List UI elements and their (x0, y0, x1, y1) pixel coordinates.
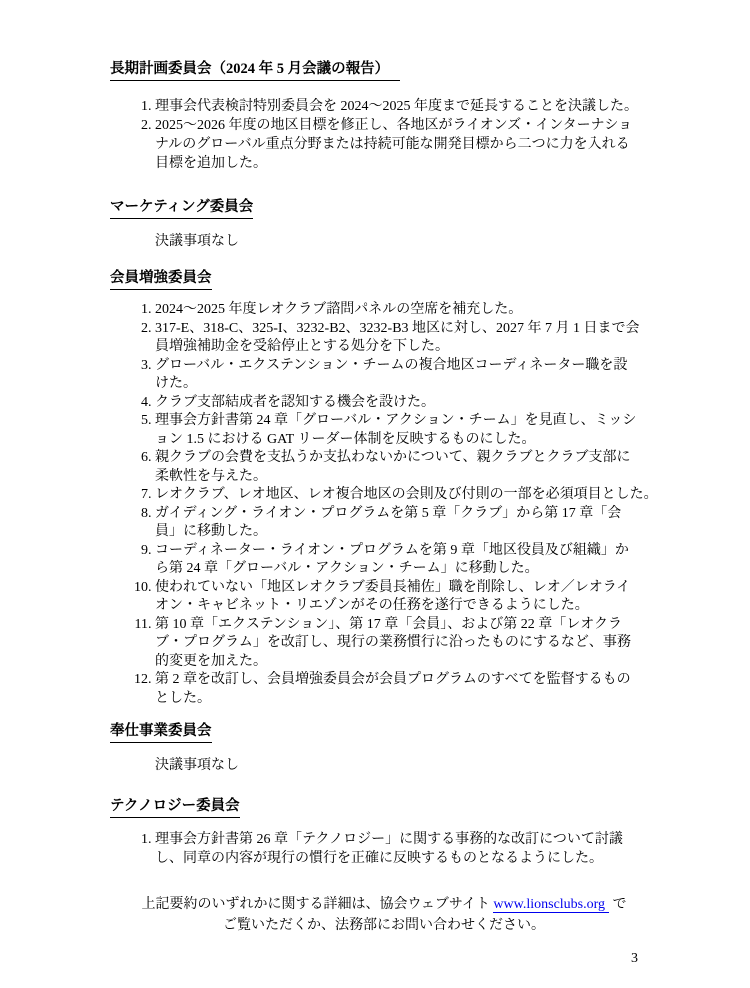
resolution-item: 2025～2026 年度の地区目標を修正し、各地区がライオンズ・インターナショ … (155, 116, 658, 173)
resolution-item: ガイディング・ライオン・プログラムを第 5 章「クラブ」から第 17 章「会 員… (155, 505, 658, 542)
resolution-item: 理事会代表検討特別委員会を 2024～2025 年度まで延長することを決議した。 (155, 97, 658, 116)
heading-text: 奉仕事業委員会 (110, 722, 212, 743)
resolution-item: 理事会方針書第 26 章「テクノロジー」に関する事務的な改訂について討議 し、同… (155, 830, 658, 868)
resolution-item: 親クラブの会費を支払うか支払わないかについて、親クラブとクラブ支部に 柔軟性を与… (155, 449, 658, 486)
resolution-item: グローバル・エクステンション・チームの複合地区コーディネーター職を設 けた。 (155, 357, 658, 394)
footer-text-line2: ご覧いただくか、法務部にお問い合わせください。 (223, 918, 545, 933)
no-resolutions-note: 決議事項なし (155, 756, 658, 775)
resolution-item: レオクラブ、レオ地区、レオ複合地区の会則及び付則の一部を必須項目とした。 (155, 486, 658, 505)
section-long-range-planning: 長期計画委員会（2024 年 5 月会議の報告） 理事会代表検討特別委員会を 2… (110, 60, 658, 173)
section-heading-long-range-planning: 長期計画委員会（2024 年 5 月会議の報告） (110, 60, 658, 81)
document-page: 長期計画委員会（2024 年 5 月会議の報告） 理事会代表検討特別委員会を 2… (0, 0, 750, 988)
section-heading-service-activities: 奉仕事業委員会 (110, 722, 658, 743)
section-marketing: マーケティング委員会 決議事項なし (110, 198, 658, 251)
page-number: 3 (110, 949, 658, 968)
resolution-item: 317-E、318-C、325-I、3232-B2、3232-B3 地区に対し、… (155, 320, 658, 357)
resolution-list-long-range-planning: 理事会代表検討特別委員会を 2024～2025 年度まで延長することを決議した。… (110, 97, 658, 173)
heading-text: 長期計画委員会（2024 年 5 月会議の報告） (110, 60, 400, 81)
section-technology: テクノロジー委員会 理事会方針書第 26 章「テクノロジー」に関する事務的な改訂… (110, 797, 658, 868)
resolution-list-technology: 理事会方針書第 26 章「テクノロジー」に関する事務的な改訂について討議 し、同… (110, 830, 658, 868)
section-membership: 会員増強委員会 2024～2025 年度レオクラブ諮問パネルの空席を補充した。 … (110, 269, 658, 708)
footer-text-before-link: 上記要約のいずれかに関する詳細は、協会ウェブサイト (141, 897, 493, 912)
resolution-item: 2024～2025 年度レオクラブ諮問パネルの空席を補充した。 (155, 301, 658, 320)
footer-contact-note: 上記要約のいずれかに関する詳細は、協会ウェブサイト www.lionsclubs… (110, 894, 658, 936)
resolution-item: 第 2 章を改訂し、会員増強委員会が会員プログラムのすべてを監督するもの とした… (155, 671, 658, 708)
resolution-item: クラブ支部結成者を認知する機会を設けた。 (155, 394, 658, 413)
heading-text: 会員増強委員会 (110, 269, 212, 290)
heading-text: マーケティング委員会 (110, 198, 253, 219)
footer-text-after-link: で (609, 897, 627, 912)
resolution-item: 第 10 章「エクステンション」、第 17 章「会員」、および第 22 章「レオ… (155, 616, 658, 672)
section-heading-marketing: マーケティング委員会 (110, 198, 658, 219)
section-service-activities: 奉仕事業委員会 決議事項なし (110, 722, 658, 775)
section-heading-membership: 会員増強委員会 (110, 269, 658, 290)
section-heading-technology: テクノロジー委員会 (110, 797, 658, 818)
resolution-item: 理事会方針書第 24 章「グローバル・アクション・チーム」を見直し、ミッシ ョン… (155, 412, 658, 449)
no-resolutions-note: 決議事項なし (155, 232, 658, 251)
resolution-item: 使われていない「地区レオクラブ委員長補佐」職を削除し、レオ／レオライ オン・キャ… (155, 579, 658, 616)
resolution-item: コーディネーター・ライオン・プログラムを第 9 章「地区役員及び組織」か ら第 … (155, 542, 658, 579)
lionsclubs-website-link[interactable]: www.lionsclubs.org (493, 897, 609, 913)
heading-text: テクノロジー委員会 (110, 797, 240, 818)
resolution-list-membership: 2024～2025 年度レオクラブ諮問パネルの空席を補充した。 317-E、31… (110, 301, 658, 708)
